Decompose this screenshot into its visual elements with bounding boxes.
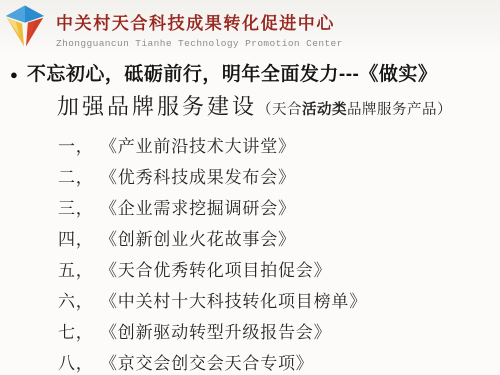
list-item-text: 《产业前沿技术大讲堂》 (100, 132, 296, 157)
org-title-chinese: 中关村天合科技成果转化促进中心 (56, 9, 476, 34)
org-title-english: Zhongguancun Tianhe Technology Promotion… (56, 38, 476, 49)
list-item: 八，《京交会创交会天合专项》 (58, 346, 488, 375)
subheadline-paren: （天合活动类品牌服务产品） (257, 102, 452, 118)
list-item-text: 《天合优秀转化项目拍促会》 (100, 256, 331, 281)
list-item: 一，《产业前沿技术大讲堂》 (58, 129, 488, 160)
paren-text-1: （天合 (257, 102, 302, 118)
diamond-gem-icon (4, 3, 46, 50)
list-item: 四，《创新创业火花故事会》 (58, 222, 488, 253)
bullet-dot-icon: ● (10, 62, 18, 88)
list-item-number: 四， (58, 225, 96, 250)
list-item-text: 《企业需求挖掘调研会》 (100, 194, 296, 219)
slide-headline: 不忘初心，砥砺前行，明年全面发力---《做实》 (27, 62, 437, 88)
tianhe-diamond-logo-icon (4, 3, 46, 50)
list-item-number: 一， (58, 132, 96, 157)
list-item-text: 《创新创业火花故事会》 (100, 225, 296, 250)
header-text-block: 中关村天合科技成果转化促进中心 Zhongguancun Tianhe Tech… (56, 9, 476, 49)
list-item-number: 七， (58, 318, 96, 343)
list-item-number: 六， (58, 287, 96, 312)
list-item: 三，《企业需求挖掘调研会》 (58, 191, 488, 222)
list-item: 五，《天合优秀转化项目拍促会》 (58, 253, 488, 284)
list-item-text: 《优秀科技成果发布会》 (100, 163, 296, 188)
list-item-number: 五， (58, 256, 96, 281)
list-item-text: 《京交会创交会天合专项》 (100, 349, 314, 374)
list-item-text: 《中关村十大科技转化项目榜单》 (100, 287, 367, 312)
paren-text-2: 品牌服务产品） (347, 102, 452, 118)
slide-subheadline: 加强品牌服务建设 (57, 95, 257, 120)
program-list: 一，《产业前沿技术大讲堂》 二，《优秀科技成果发布会》 三，《企业需求挖掘调研会… (58, 129, 488, 375)
paren-text-bold: 活动类 (302, 102, 347, 118)
list-item: 二，《优秀科技成果发布会》 (58, 160, 488, 191)
list-item: 六，《中关村十大科技转化项目榜单》 (58, 284, 488, 315)
list-item-text: 《创新驱动转型升级报告会》 (100, 318, 331, 343)
list-item: 七，《创新驱动转型升级报告会》 (58, 315, 488, 346)
headline-row: ● 不忘初心，砥砺前行，明年全面发力---《做实》 (10, 62, 492, 88)
list-item-number: 三， (58, 194, 96, 219)
list-item-number: 八， (58, 349, 96, 374)
subheadline-row: 加强品牌服务建设（天合活动类品牌服务产品） (57, 90, 492, 121)
list-item-number: 二， (58, 163, 96, 188)
